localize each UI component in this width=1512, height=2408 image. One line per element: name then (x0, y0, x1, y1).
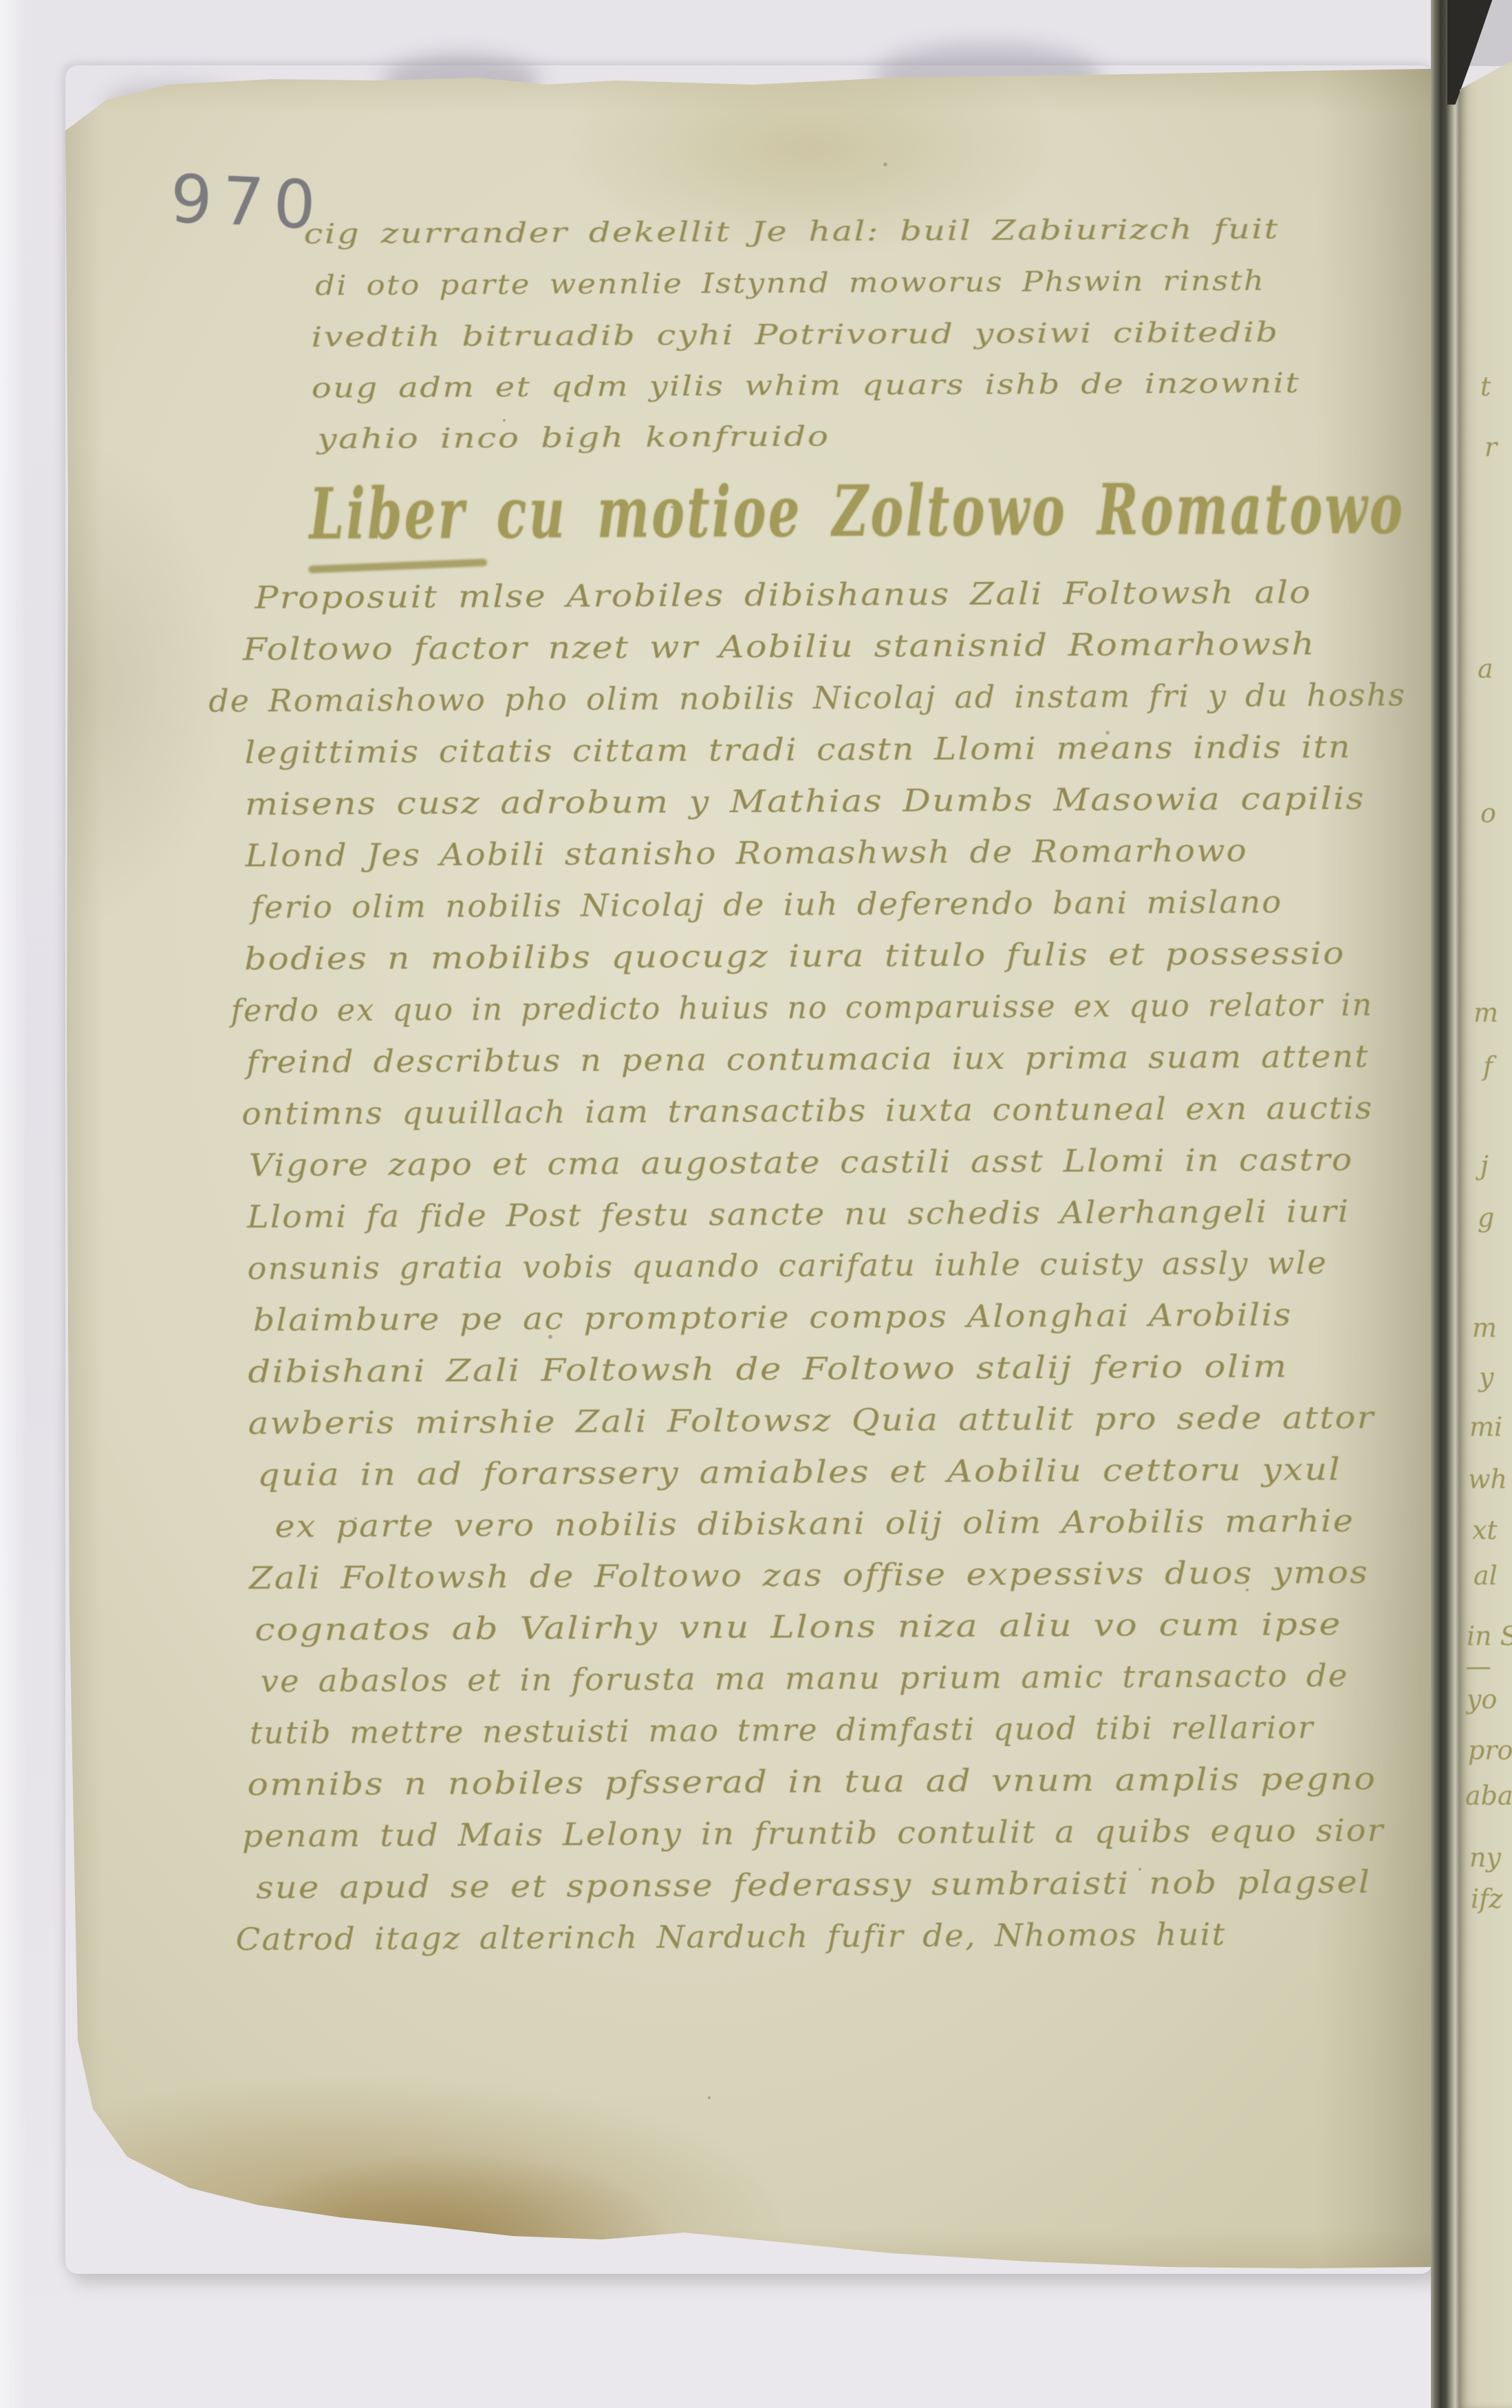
manuscript-line: Llond Jes Aobili stanisho Romashwsh de R… (245, 832, 1248, 874)
manuscript-line-fragment: j (1480, 1150, 1489, 1181)
manuscript-line: tutib mettre nestuisti mao tmre dimfasti… (250, 1709, 1315, 1751)
intro-paragraph: cig zurrander dekellit Je hal: buil Zabi… (0, 0, 1511, 1)
facing-page-text-fragments: traomfjgmymiwhxtalin S—yoproabanyifz (1460, 0, 1512, 2408)
heading-underline-flourish (308, 559, 487, 573)
manuscript-line: cig zurrander dekellit Je hal: buil Zabi… (304, 213, 1280, 250)
manuscript-line: cognatos ab Valirhy vnu Llons niza aliu … (255, 1606, 1342, 1648)
manuscript-line: Llomi fa fide Post festu sancte nu sched… (247, 1193, 1350, 1235)
manuscript-line: penam tud Mais Lelony in fruntib contuli… (242, 1812, 1385, 1855)
manuscript-line: blaimbure pe ac promptorie compos Alongh… (253, 1296, 1293, 1338)
manuscript-line: ivedtih bitruadib cyhi Potrivorud yosiwi… (311, 316, 1279, 353)
manuscript-line: onsunis gratia vobis quando carifatu iuh… (247, 1245, 1328, 1287)
manuscript-line-fragment: pro (1468, 1735, 1512, 1765)
manuscript-line-fragment: xt (1472, 1515, 1498, 1545)
manuscript-line-fragment: o (1480, 798, 1496, 828)
manuscript-line: Foltowo factor nzet wr Aobiliu stanisnid… (243, 625, 1316, 667)
manuscript-line: ferdo ex quo in predicto huius no compar… (230, 987, 1373, 1029)
manuscript-line: ve abaslos et in forusta ma manu prium a… (261, 1657, 1349, 1699)
manuscript-line-fragment: f (1483, 1051, 1493, 1082)
manuscript-line-fragment: aba (1465, 1781, 1512, 1811)
heading-line: Liber cu motioe Zoltowo Romatowo (310, 467, 1405, 555)
manuscript-line-fragment: ny (1469, 1842, 1501, 1873)
manuscript-line: Vigore zapo et cma augostate castili ass… (249, 1141, 1354, 1183)
manuscript-line: Zali Foltowsh de Foltowo zas offise expe… (249, 1554, 1369, 1597)
folio-number: 970 (169, 160, 327, 244)
manuscript-line: sue apud se et sponsse federassy sumbrai… (256, 1864, 1371, 1906)
manuscript-line: oug adm et qdm yilis whim quars ishb de … (312, 367, 1301, 405)
manuscript-line: legittimis citatis cittam tradi castn Ll… (244, 729, 1351, 771)
manuscript-line: Proposuit mlse Arobiles dibishanus Zali … (255, 574, 1312, 616)
book-clamp-rod (1431, 0, 1460, 2408)
manuscript-line: omnibs n nobiles pfsserad in tua ad vnum… (247, 1761, 1376, 1803)
handwriting-layer: 970 cig zurrander dekellit Je hal: buil … (0, 0, 1512, 2408)
manuscript-line-fragment: y (1479, 1362, 1493, 1393)
manuscript-scan: 970 cig zurrander dekellit Je hal: buil … (0, 0, 1512, 2408)
manuscript-line-fragment: ifz (1471, 1884, 1502, 1914)
manuscript-line: ex parte vero nobilis dibiskani olij oli… (274, 1503, 1354, 1545)
manuscript-line-fragment: m (1473, 998, 1498, 1028)
manuscript-line: ontimns quuillach iam transactibs iuxta … (241, 1090, 1373, 1132)
manuscript-line-fragment: t (1480, 372, 1491, 402)
manuscript-line-fragment: a (1478, 654, 1493, 684)
manuscript-line: quia in ad forarssery amiables et Aobili… (257, 1451, 1341, 1493)
manuscript-line: dibishani Zali Foltowsh de Foltowo stali… (248, 1348, 1288, 1390)
manuscript-line: ferio olim nobilis Nicolaj de iuh defere… (251, 883, 1283, 925)
manuscript-line: yahio inco bigh konfruido (317, 421, 830, 455)
manuscript-line-fragment: — (1465, 1651, 1491, 1681)
manuscript-line-fragment: al (1473, 1560, 1498, 1591)
manuscript-line-fragment: m (1472, 1313, 1497, 1343)
manuscript-line: de Romaishowo pho olim nobilis Nicolaj a… (208, 676, 1406, 719)
manuscript-line: bodies n mobilibs quocugz iura titulo fu… (244, 935, 1346, 977)
manuscript-line-fragment: in S (1467, 1621, 1512, 1651)
manuscript-line: awberis mirshie Zali Foltowsz Quia attul… (248, 1399, 1375, 1442)
manuscript-line-fragment: mi (1469, 1412, 1502, 1442)
manuscript-line-fragment: yo (1467, 1684, 1497, 1714)
manuscript-line: misens cusz adrobum y Mathias Dumbs Maso… (245, 780, 1365, 823)
section-heading: Liber cu motioe Zoltowo Romatowo (0, 0, 1511, 1)
body-paragraph: Proposuit mlse Arobiles dibishanus Zali … (0, 0, 1511, 1)
manuscript-line: Catrod itagz alterinch Narduch fufir de,… (236, 1916, 1227, 1958)
manuscript-line: freind describtus n pena contumacia iux … (246, 1038, 1370, 1081)
manuscript-line-fragment: wh (1468, 1464, 1507, 1494)
manuscript-line-fragment: g (1478, 1203, 1494, 1233)
manuscript-line: di oto parte wennlie Istynnd moworus Phs… (315, 265, 1265, 301)
manuscript-line-fragment: r (1484, 432, 1497, 462)
